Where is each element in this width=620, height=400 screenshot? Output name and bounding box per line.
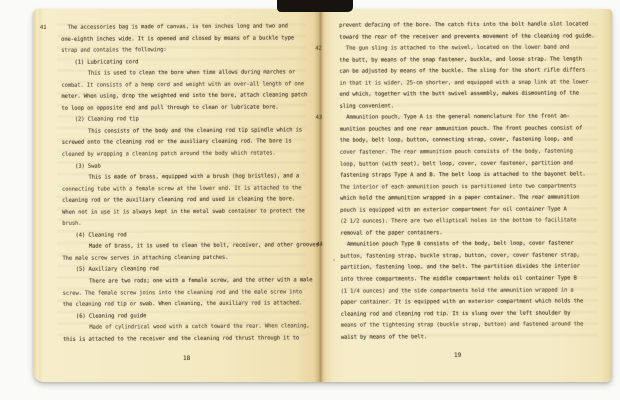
line-text: (1) Lubricating cord [61, 59, 138, 65]
line-text: end which, together with the butt swivel… [340, 91, 579, 98]
line-text: the butt, by means of the snap fastener,… [339, 56, 582, 63]
line-text: (6) Cleaning rod guide [63, 313, 146, 320]
line-text: (2) Cleaning rod tip [62, 117, 139, 123]
line-text: When not in use it is always kept in the… [62, 208, 305, 215]
line-text: can be adjusted by means of the buckle. … [339, 68, 585, 75]
text-line: waist by means of the belt. [341, 331, 607, 344]
scanned-book-photo: 41The accessories bag is made of canvas,… [0, 0, 620, 400]
paragraph-number: 42 [315, 44, 321, 56]
right-page-number: 19 [454, 352, 461, 359]
right-page-text: prevent defacing of the bore. The catch … [339, 19, 607, 344]
line-text: Ammunition pouch Type B consists of the … [340, 241, 573, 248]
line-text: paper container. It is equipped with an … [341, 299, 584, 306]
line-text: into three compartments. The middle comp… [340, 275, 576, 282]
line-text: means of the tightening strap (buckle st… [341, 322, 584, 329]
line-text: to loop on opposite end and pull through… [62, 104, 279, 111]
line-text: cleaning rod or the auxiliary cleaning r… [62, 197, 295, 204]
line-text: The accessories bag is made of canvas, i… [61, 23, 288, 30]
paragraph-number: 43 [316, 113, 322, 125]
book-spread: 41The accessories bag is made of canvas,… [33, 9, 612, 382]
line-text: which hold the ammunition wrapped in a p… [340, 195, 579, 202]
line-text: button, fastening strap, buckle strap, b… [340, 252, 579, 259]
line-text: waist by means of the belt. [341, 334, 427, 340]
line-text: strap and contains the following: [61, 47, 166, 54]
line-text: prevent defacing of the bore. The catch … [339, 21, 588, 28]
line-text: the body, belt loop, button, connecting … [340, 137, 573, 144]
left-page-number: 18 [183, 355, 190, 362]
line-text: the cleaning rod tip or swab. When clean… [63, 300, 302, 307]
line-text: This is used to clean the bore when time… [61, 70, 295, 77]
line-text: The gun sling is attached to the swivel,… [339, 45, 569, 52]
line-text: fastening straps Type A and B. The belt … [340, 172, 586, 179]
line-text: brush. [62, 221, 81, 227]
left-page-text: 41The accessories bag is made of canvas,… [61, 21, 315, 346]
paper-blemish [333, 259, 335, 261]
line-text: (2 1/2 ounces). There are two elliptical… [340, 218, 576, 225]
spine-gap-shadow [277, 0, 353, 12]
line-text: partition, fastening loop, and the belt.… [340, 264, 579, 271]
line-text: Made of cylindrical wood with a catch to… [63, 323, 310, 331]
paragraph-number: 41 [40, 23, 46, 35]
line-text: cleaning rod and cleaning rod tip. It is… [341, 310, 571, 317]
line-text: munition pouches and one rear ammunition… [340, 125, 583, 132]
line-text: meter. When using, drop the weighted end… [61, 93, 307, 101]
line-text: Ammunition pouch, Type A is the general … [340, 114, 570, 121]
line-text: combat. It consists of a hemp cord and w… [61, 81, 304, 88]
line-text: loop, button (with seat), belt loop, cov… [340, 160, 573, 167]
book-gutter-shadow [314, 9, 326, 382]
line-text: screwed onto the cleaning rod or the aux… [62, 139, 292, 146]
line-text: sling convenient. [340, 103, 394, 109]
line-text: (5) Auxiliary cleaning rod [63, 267, 159, 274]
line-text: cover fastener. The rear ammunition pouc… [340, 148, 573, 155]
line-text: (3) Swab [62, 163, 101, 169]
line-text: (4) Cleaning rod [62, 232, 126, 238]
line-text: There are two rods; one with a female sc… [63, 277, 313, 285]
line-text: This consists of the body and the cleani… [62, 127, 302, 134]
line-text: The interior of each ammunition pouch is… [340, 183, 576, 190]
text-line: this is attached to the receiver and the… [63, 333, 315, 346]
line-text: removal of the paper containers. [340, 230, 442, 237]
line-text: connecting tube with a female screw at t… [62, 185, 301, 192]
line-text: This is made of brass, equipped with a b… [62, 173, 299, 180]
line-text: screw. The female screw joins into the c… [63, 289, 302, 296]
line-text: one-eighth inches wide. It is opened and… [61, 35, 294, 42]
paragraph-number: 44 [316, 240, 322, 252]
line-text: in that it is wider, 25-cm shorter, and … [339, 79, 588, 86]
line-text: toward the rear of the receiver and prev… [339, 33, 594, 40]
line-text: this is attached to the receiver and the… [63, 335, 299, 342]
line-text: pouch is equipped with an exterior compa… [340, 206, 567, 213]
line-text: The male screw serves in attaching clean… [62, 255, 228, 262]
line-text: Made of brass, it is used to clean the b… [62, 243, 321, 251]
line-text: (1 1/4 ounces) and the side compartments… [341, 287, 574, 294]
line-text: cleaned by wrapping a cleaning patch aro… [62, 150, 276, 157]
paper-blemish [103, 214, 105, 215]
